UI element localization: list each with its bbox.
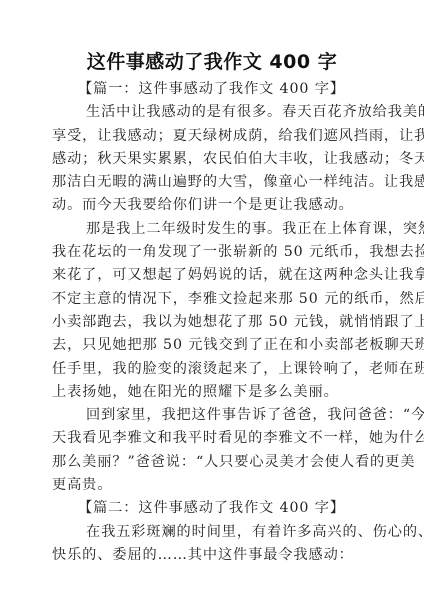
paragraph-line: 我在花坛的一角发现了一张崭新的 50 元纸币，我想去捡起 (52, 241, 362, 264)
paragraph-line: 任手里，我的脸变的滚烫起来了，上课铃响了，老师在班 (52, 358, 362, 381)
paragraph-line: 那洁白无暇的满山遍野的大雪，像童心一样纯洁。让我感 (52, 171, 362, 194)
paragraph-line: 来花了，可又想起了妈妈说的话，就在这两种念头让我拿 (52, 264, 362, 287)
paragraph-line: 不定主意的情况下，李雅文捡起来那 50 元的纸币，然后向 (52, 288, 362, 311)
paragraph-line: 生活中让我感动的是有很多。春天百花齐放给我美的 (52, 101, 362, 124)
paragraph-line: 在我五彩斑斓的时间里，有着许多高兴的、伤心的、 (52, 521, 362, 544)
paragraph-line: 享受，让我感动；夏天绿树成荫，给我们遮风挡雨，让我 (52, 125, 362, 148)
document-title: 这件事感动了我作文 400 字 (0, 47, 424, 74)
paragraph-line: 更高贵。 (52, 474, 362, 497)
section-heading-1: 【篇一：这件事感动了我作文 400 字】 (52, 78, 362, 101)
paragraph-line: 动。而今天我要给你们讲一个是更让我感动。 (52, 194, 362, 217)
paragraph-line: 感动；秋天果实累累，农民伯伯大丰收，让我感动；冬天 (52, 148, 362, 171)
paragraph-line: 小卖部跑去，我以为她想花了那 50 元钱，就悄悄跟了上 (52, 311, 362, 334)
paragraph-line: 那是我上二年级时发生的事。我正在上体育课，突然 (52, 218, 362, 241)
section-heading-2: 【篇二：这件事感动了我作文 400 字】 (52, 497, 362, 520)
paragraph-line: 去，只见她把那 50 元钱交到了正在和小卖部老板聊天班主 (52, 334, 362, 357)
document-page: 这件事感动了我作文 400 字 【篇一：这件事感动了我作文 400 字】 生活中… (0, 0, 424, 600)
paragraph-line: 上表扬她，她在阳光的照耀下是多么美丽。 (52, 381, 362, 404)
document-body: 【篇一：这件事感动了我作文 400 字】 生活中让我感动的是有很多。春天百花齐放… (52, 78, 362, 567)
paragraph-line: 快乐的、委屈的……其中这件事最令我感动： (52, 544, 362, 567)
paragraph-line: 那么美丽？”爸爸说：“人只要心灵美才会使人看的更美 (52, 451, 362, 474)
paragraph-line: 回到家里，我把这件事告诉了爸爸，我问爸爸：“今 (52, 404, 362, 427)
paragraph-line: 天我看见李雅文和我平时看见的李雅文不一样，她为什么 (52, 427, 362, 450)
